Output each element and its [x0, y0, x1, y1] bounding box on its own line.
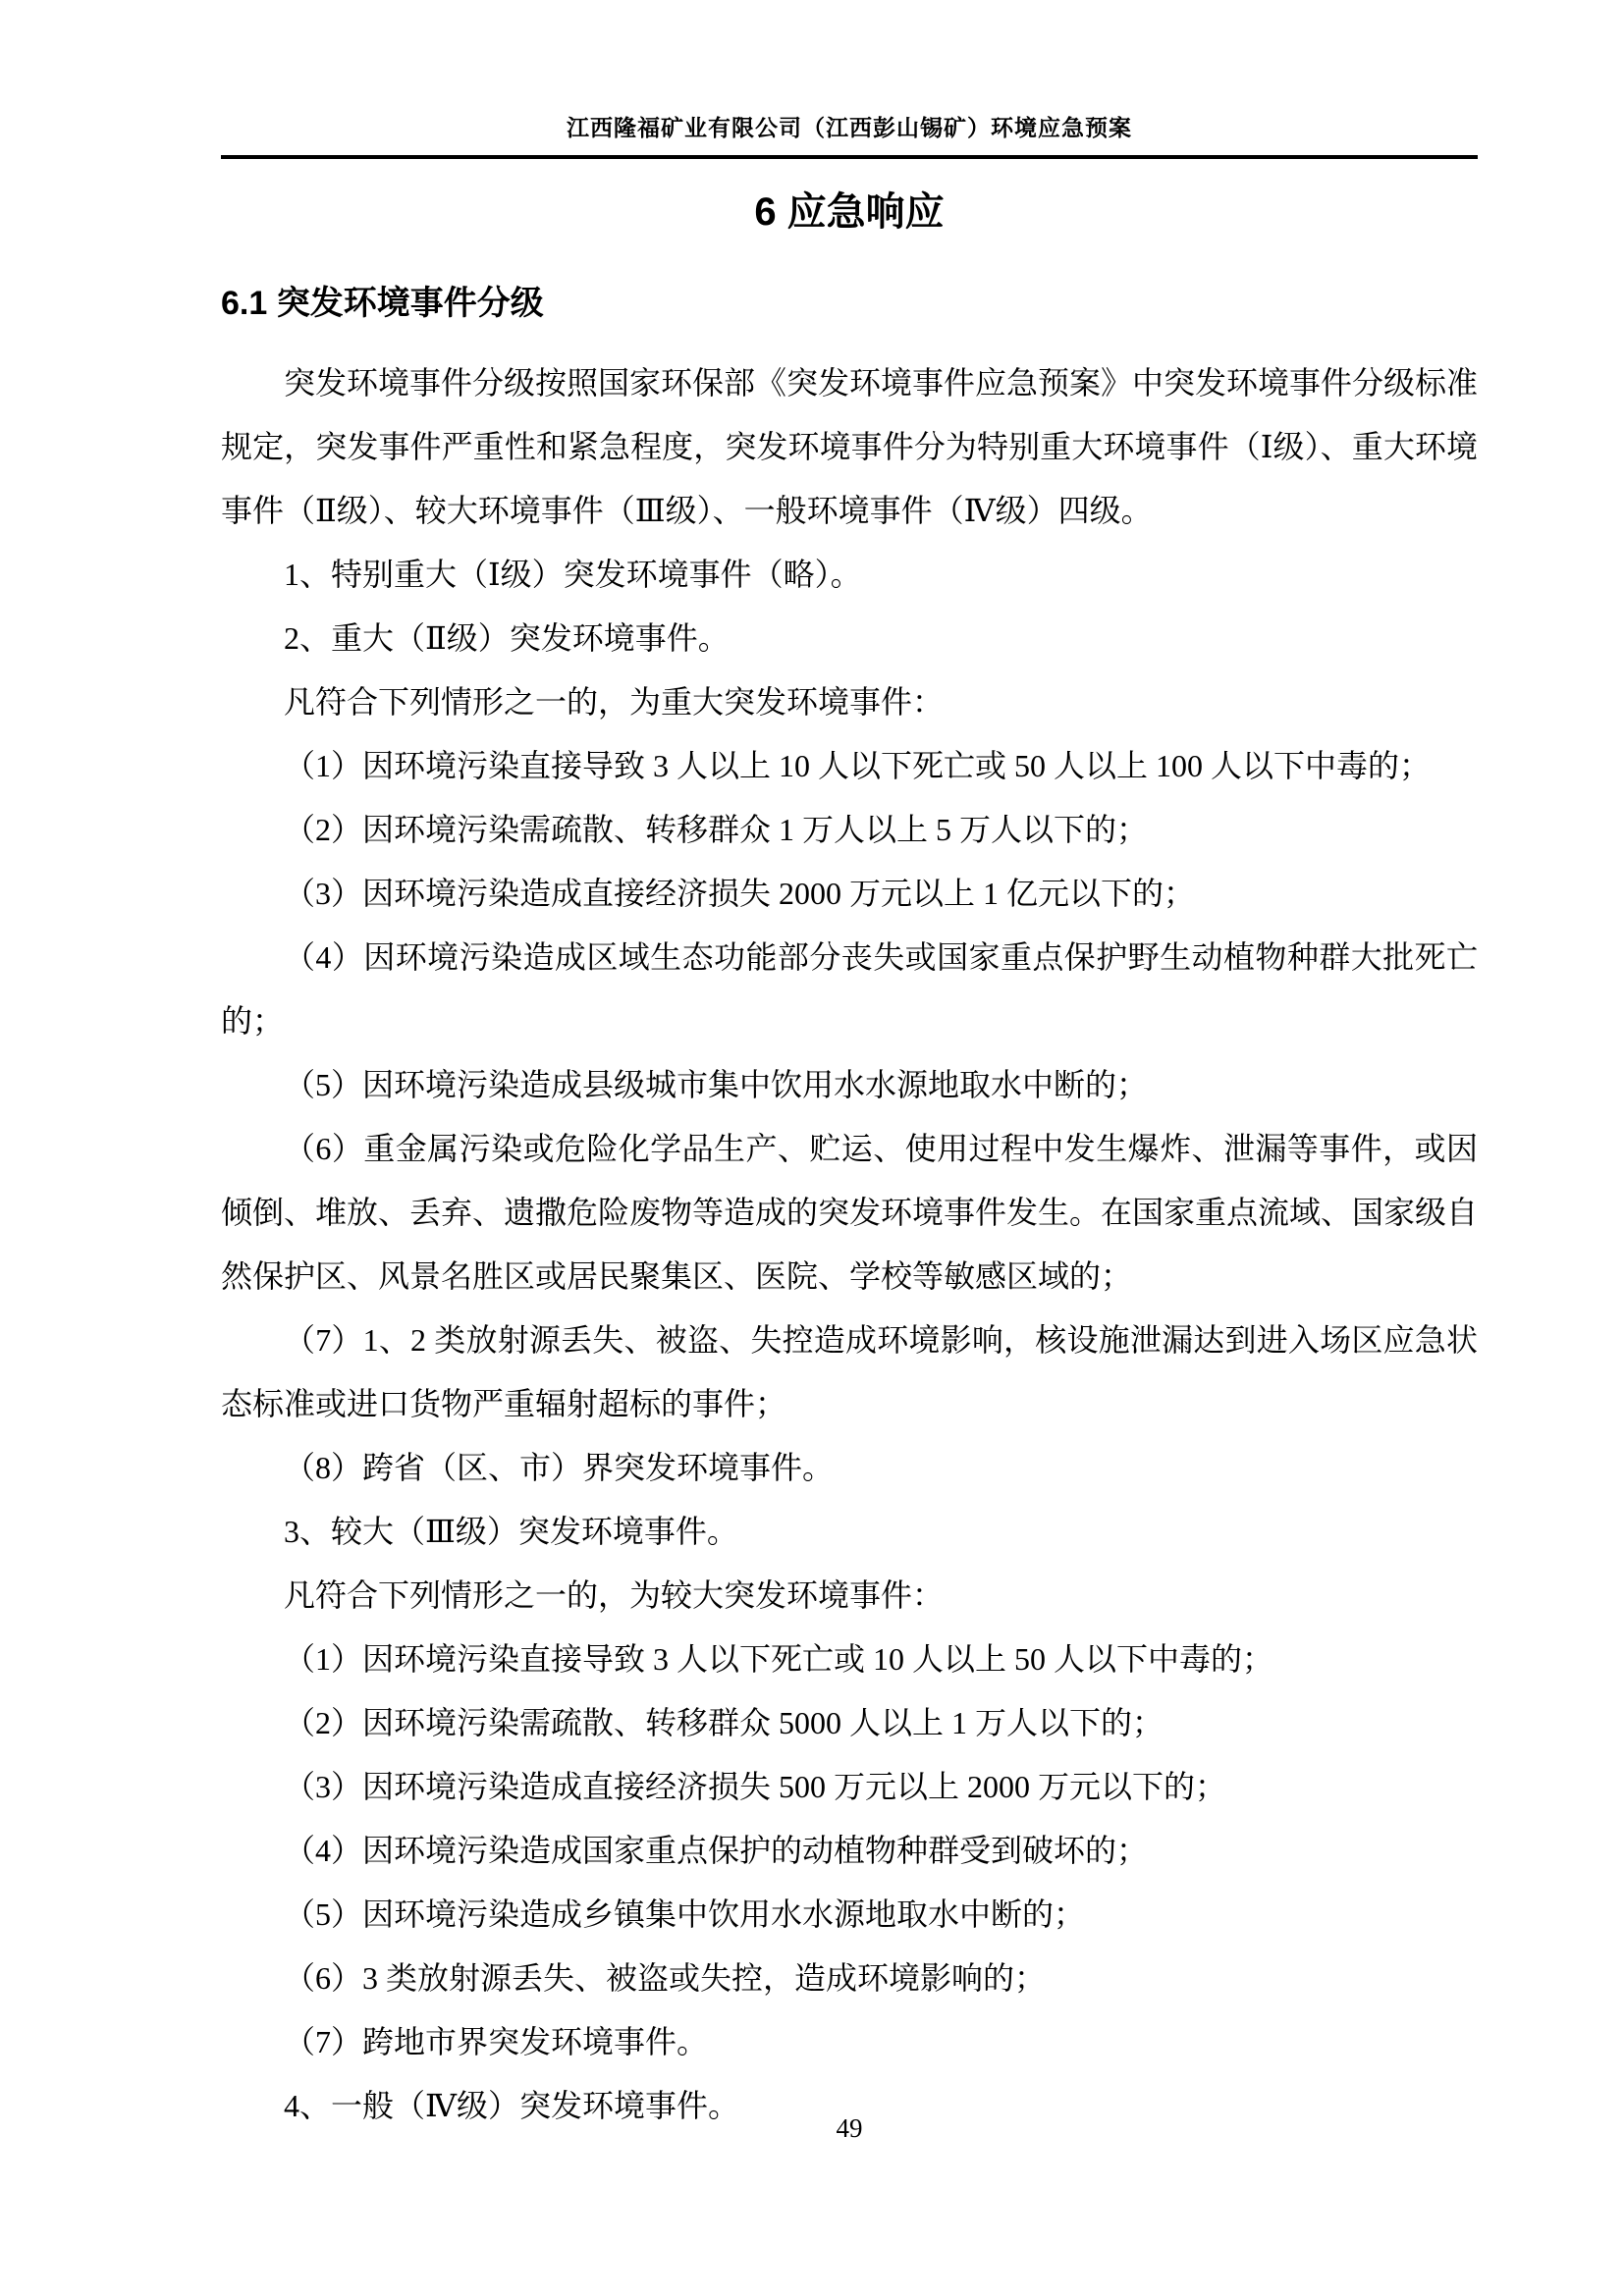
paragraph-level3: 3、较大（Ⅲ级）突发环境事件。 [221, 1500, 1478, 1564]
header-divider [221, 155, 1478, 159]
section-heading: 6.1 突发环境事件分级 [221, 281, 1478, 326]
paragraph-level3-item-5: （5）因环境污染造成乡镇集中饮用水水源地取水中断的； [221, 1883, 1478, 1947]
paragraph-level2-item-6: （6）重金属污染或危险化学品生产、贮运、使用过程中发生爆炸、泄漏等事件，或因倾倒… [221, 1117, 1478, 1308]
paragraph-level3-item-2: （2）因环境污染需疏散、转移群众 5000 人以上 1 万人以下的； [221, 1691, 1478, 1755]
paragraph-level2-item-4: （4）因环境污染造成区域生态功能部分丧失或国家重点保护野生动植物种群大批死亡的； [221, 926, 1478, 1053]
paragraph-level2-item-1: （1）因环境污染直接导致 3 人以上 10 人以下死亡或 50 人以上 100 … [221, 734, 1478, 798]
paragraph-level3-intro: 凡符合下列情形之一的，为较大突发环境事件： [221, 1564, 1478, 1628]
paragraph-level3-item-1: （1）因环境污染直接导致 3 人以下死亡或 10 人以上 50 人以下中毒的； [221, 1628, 1478, 1691]
paragraph-level2-item-2: （2）因环境污染需疏散、转移群众 1 万人以上 5 万人以下的； [221, 798, 1478, 862]
page-number: 49 [221, 2112, 1478, 2144]
paragraph-intro: 突发环境事件分级按照国家环保部《突发环境事件应急预案》中突发环境事件分级标准规定… [221, 351, 1478, 543]
paragraph-level3-item-4: （4）因环境污染造成国家重点保护的动植物种群受到破坏的； [221, 1819, 1478, 1883]
paragraph-level2-intro: 凡符合下列情形之一的，为重大突发环境事件： [221, 670, 1478, 734]
document-header: 江西隆福矿业有限公司（江西彭山锡矿）环境应急预案 [221, 0, 1478, 141]
paragraph-level2-item-5: （5）因环境污染造成县级城市集中饮用水水源地取水中断的； [221, 1053, 1478, 1117]
page-title: 6 应急响应 [221, 185, 1478, 240]
paragraph-level1: 1、特别重大（Ⅰ级）突发环境事件（略）。 [221, 543, 1478, 607]
paragraph-level3-item-7: （7）跨地市界突发环境事件。 [221, 2010, 1478, 2074]
paragraph-level3-item-3: （3）因环境污染造成直接经济损失 500 万元以上 2000 万元以下的； [221, 1755, 1478, 1819]
paragraph-level2-item-3: （3）因环境污染造成直接经济损失 2000 万元以上 1 亿元以下的； [221, 862, 1478, 926]
body-text: 突发环境事件分级按照国家环保部《突发环境事件应急预案》中突发环境事件分级标准规定… [221, 351, 1478, 2138]
paragraph-level3-item-6: （6）3 类放射源丢失、被盗或失控，造成环境影响的； [221, 1947, 1478, 2010]
page-content: 江西隆福矿业有限公司（江西彭山锡矿）环境应急预案 6 应急响应 6.1 突发环境… [221, 0, 1478, 2138]
paragraph-level2-item-7: （7）1、2 类放射源丢失、被盗、失控造成环境影响，核设施泄漏达到进入场区应急状… [221, 1308, 1478, 1436]
document-page: { "doc": { "header": "江西隆福矿业有限公司（江西彭山锡矿）… [0, 0, 1624, 2296]
paragraph-level2-item-8: （8）跨省（区、市）界突发环境事件。 [221, 1436, 1478, 1500]
paragraph-level2: 2、重大（Ⅱ级）突发环境事件。 [221, 607, 1478, 670]
